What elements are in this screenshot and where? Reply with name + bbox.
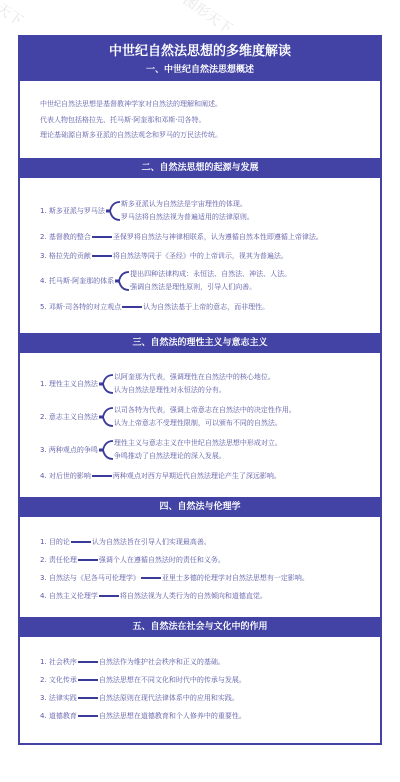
list-item: 4. 自然主义伦理学 将自然法视为人类行为的自然倾向和道德直觉。 xyxy=(40,587,380,605)
list-item: 2. 责任伦理 强调个人在遵循自然法时的责任和义务。 xyxy=(40,551,380,569)
list-item: 4. 托马斯·阿奎那的体系 提出四种法律构成：永恒法、自然法、神法、人法。 强调… xyxy=(40,265,380,297)
branch-text: 提出四种法律构成：永恒法、自然法、神法、人法。 xyxy=(130,268,291,281)
list-item: 3. 自然法与《尼各马可伦理学》 亚里士多德的伦理学对自然法思想有一定影响。 xyxy=(40,569,380,587)
paragraph: 中世纪自然法思想是基督教神学家对自然法的理解和阐述。 xyxy=(40,97,380,113)
paragraph: 理论基础源自斯多亚派的自然法观念和罗马的万民法传统。 xyxy=(40,128,380,144)
branch-connector-icon xyxy=(99,439,113,461)
connector-line xyxy=(78,697,98,699)
connector-line xyxy=(78,679,98,681)
list-item: 3. 法律实践 自然法原则在现代法律体系中的应用和实践。 xyxy=(40,689,380,707)
item-text: 自然法思想在道德教育和个人修养中的重要性。 xyxy=(99,711,246,721)
item-label: 5. 邓斯·司各特的对立观点 xyxy=(40,302,121,312)
section-1-body: 中世纪自然法思想是基督教神学家对自然法的理解和阐述。 代表人物包括格拉先、托马斯… xyxy=(20,81,380,158)
list-item: 1. 社会秩序 自然法作为维护社会秩序和正义的基础。 xyxy=(40,653,380,671)
item-label: 3. 格拉先的贡献 xyxy=(40,251,91,261)
connector-line xyxy=(99,595,119,597)
section-4-body: 1. 目的论 认为自然法旨在引导人们实现最高善。 2. 责任伦理 强调个人在遵循… xyxy=(20,517,380,617)
item-text: 认为自然法旨在引导人们实现最高善。 xyxy=(92,537,211,547)
connector-line xyxy=(141,577,161,579)
section-5-heading: 五、自然法在社会与文化中的作用 xyxy=(20,617,380,637)
branch-connector-icon xyxy=(106,200,120,222)
item-label: 4. 对后世的影响 xyxy=(40,471,91,481)
connector-line xyxy=(78,715,98,717)
branch-text: 斯多亚派认为自然法是宇宙理性的体现。 xyxy=(121,198,254,211)
connector-line xyxy=(78,661,98,663)
connector-line xyxy=(78,559,98,561)
branch-text: 以阿奎那为代表，强调理性在自然法中的核心地位。 xyxy=(114,371,275,384)
item-label: 4. 道德教育 xyxy=(40,711,77,721)
item-label: 2. 文化传承 xyxy=(40,675,77,685)
connector-line xyxy=(122,306,142,308)
item-text: 自然法思想在不同文化和时代中的传承与发展。 xyxy=(99,675,246,685)
branch-text: 认为自然法是理性对永恒法的分有。 xyxy=(114,384,275,397)
list-item: 2. 基督教的整合 圣保罗将自然法与神律相联系，认为遵循自然本性即遵循上帝律法。 xyxy=(40,227,380,246)
item-text: 自然法原则在现代法律体系中的应用和实践。 xyxy=(99,693,239,703)
connector-line xyxy=(71,541,91,543)
paragraph: 代表人物包括格拉先、托马斯·阿奎那和邓斯·司各特。 xyxy=(40,113,380,129)
section-3-heading: 三、自然法的理性主义与意志主义 xyxy=(20,333,380,353)
connector-line xyxy=(92,475,112,477)
branch-text: 以司各特为代表，强调上帝意志在自然法中的决定性作用。 xyxy=(114,404,296,417)
section-5-body: 1. 社会秩序 自然法作为维护社会秩序和正义的基础。 2. 文化传承 自然法思想… xyxy=(20,637,380,725)
branch-text: 认为上帝意志不受理性限制，可以颁布不同的自然法。 xyxy=(114,417,296,430)
item-label: 3. 自然法与《尼各马可伦理学》 xyxy=(40,573,140,583)
section-4-heading: 四、自然法与伦理学 xyxy=(20,497,380,517)
item-label: 1. 理性主义自然法 xyxy=(40,379,98,389)
mindmap-card: 中世纪自然法思想的多维度解读 一、中世纪自然法思想概述 中世纪自然法思想是基督教… xyxy=(18,35,382,745)
item-text: 强调个人在遵循自然法时的责任和义务。 xyxy=(99,555,225,565)
list-item: 4. 道德教育 自然法思想在道德教育和个人修养中的重要性。 xyxy=(40,707,380,725)
item-label: 1. 斯多亚派与罗马法 xyxy=(40,206,105,216)
item-text: 将自然法等同于《圣经》中的上帝训示，视其为普遍法。 xyxy=(113,251,288,261)
connector-line xyxy=(92,236,112,238)
item-label: 3. 两种观点的争鸣 xyxy=(40,445,98,455)
connector-line xyxy=(92,255,112,257)
list-item: 5. 邓斯·司各特的对立观点 认为自然法基于上帝的意志，而非理性。 xyxy=(40,297,380,316)
branch-text: 罗马法将自然法视为普遍适用的法律原则。 xyxy=(121,211,254,224)
item-label: 1. 社会秩序 xyxy=(40,657,77,667)
item-label: 4. 托马斯·阿奎那的体系 xyxy=(40,276,114,286)
section-1-heading: 一、中世纪自然法思想概述 xyxy=(20,62,380,80)
section-2-heading: 二、自然法思想的起源与发展 xyxy=(20,158,380,178)
section-2-body: 1. 斯多亚派与罗马法 斯多亚派认为自然法是宇宙理性的体现。 罗马法将自然法视为… xyxy=(20,178,380,333)
item-text: 亚里士多德的伦理学对自然法思想有一定影响。 xyxy=(162,573,309,583)
list-item: 3. 格拉先的贡献 将自然法等同于《圣经》中的上帝训示，视其为普遍法。 xyxy=(40,246,380,265)
branch-connector-icon xyxy=(99,406,113,428)
item-text: 圣保罗将自然法与神律相联系，认为遵循自然本性即遵循上帝律法。 xyxy=(113,232,323,242)
item-label: 2. 基督教的整合 xyxy=(40,232,91,242)
watermark: 天下 xyxy=(0,0,27,30)
item-label: 2. 意志主义自然法 xyxy=(40,412,98,422)
title-bar: 中世纪自然法思想的多维度解读 一、中世纪自然法思想概述 xyxy=(20,37,380,81)
item-label: 3. 法律实践 xyxy=(40,693,77,703)
branch-text: 强调自然法是理性原则，引导人们向善。 xyxy=(130,281,291,294)
list-item: 2. 文化传承 自然法思想在不同文化和时代中的传承与发展。 xyxy=(40,671,380,689)
list-item: 2. 意志主义自然法 以司各特为代表，强调上帝意志在自然法中的决定性作用。 认为… xyxy=(40,400,380,433)
item-text: 认为自然法基于上帝的意志，而非理性。 xyxy=(143,302,269,312)
list-item: 1. 理性主义自然法 以阿奎那为代表，强调理性在自然法中的核心地位。 认为自然法… xyxy=(40,367,380,400)
item-text: 自然法作为维护社会秩序和正义的基础。 xyxy=(99,657,225,667)
item-text: 将自然法视为人类行为的自然倾向和道德直觉。 xyxy=(120,591,267,601)
branch-connector-icon xyxy=(115,270,129,292)
branch-text: 争鸣推动了自然法理论的深入发展。 xyxy=(114,450,282,463)
item-text: 两种观点对西方早期近代自然法理论产生了深远影响。 xyxy=(113,471,281,481)
list-item: 1. 斯多亚派与罗马法 斯多亚派认为自然法是宇宙理性的体现。 罗马法将自然法视为… xyxy=(40,195,380,227)
list-item: 4. 对后世的影响 两种观点对西方早期近代自然法理论产生了深远影响。 xyxy=(40,466,380,486)
item-label: 1. 目的论 xyxy=(40,537,70,547)
branch-text: 理性主义与意志主义在中世纪自然法思想中形成对立。 xyxy=(114,437,282,450)
branch-connector-icon xyxy=(99,373,113,395)
section-3-body: 1. 理性主义自然法 以阿奎那为代表，强调理性在自然法中的核心地位。 认为自然法… xyxy=(20,353,380,497)
list-item: 1. 目的论 认为自然法旨在引导人们实现最高善。 xyxy=(40,533,380,551)
item-label: 4. 自然主义伦理学 xyxy=(40,591,98,601)
list-item: 3. 两种观点的争鸣 理性主义与意志主义在中世纪自然法思想中形成对立。 争鸣推动… xyxy=(40,433,380,466)
item-label: 2. 责任伦理 xyxy=(40,555,77,565)
page-title: 中世纪自然法思想的多维度解读 xyxy=(20,37,380,62)
watermark: 图形天下 xyxy=(179,0,236,38)
